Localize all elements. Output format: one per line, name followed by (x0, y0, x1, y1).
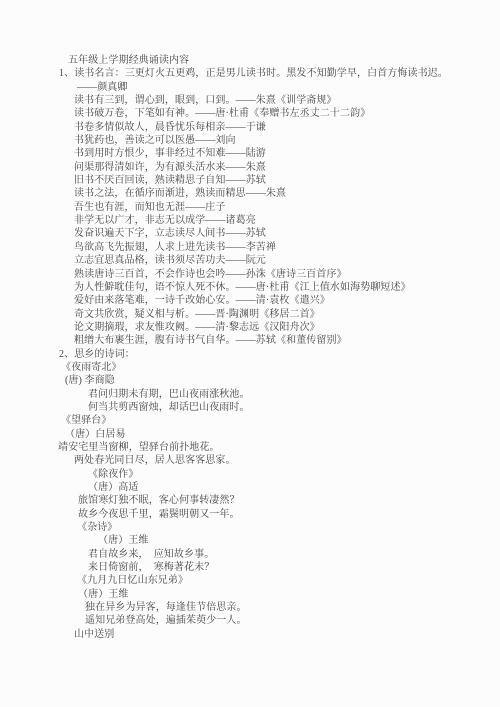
text-line: 旧书不厌百回读，熟读精思子自知——苏轼 (0, 174, 500, 187)
text-line: 来日倚窗前， 寒梅著花未？ (0, 561, 500, 574)
text-line: 山中送别 (0, 628, 500, 641)
text-line: ——颜真卿 (0, 81, 500, 94)
text-line: 书到用时方恨少，事非经过不知难——陆游 (0, 147, 500, 160)
text-line: 故乡今夜思千里，霜鬓明朝又一年。 (0, 508, 500, 521)
text-line: 2、思乡的诗词： (0, 348, 500, 361)
text-line: 两处春光同日尽，居人思客客思家。 (0, 454, 500, 467)
text-line: 《夜雨寄北》 (0, 361, 500, 374)
text-line: 《杂诗》 (0, 521, 500, 534)
text-line: 读书破万卷，下笔如有神。——唐·杜甫《奉赠书左丞丈二十二韵》 (0, 107, 500, 120)
text-line: 鸟欲高飞先振翅，人求上进先读书——李苦禅 (0, 241, 500, 254)
document-body: 五年级上学期经典诵读内容1、读书名言：三更灯火五更鸡，正是男儿读书时。黑发不知勤… (0, 54, 500, 641)
text-line: 遥知兄弟登高处，遍插茱萸少一人。 (0, 614, 500, 627)
text-line: 独在异乡为异客，每逢佳节倍思亲。 (0, 601, 500, 614)
text-line: 发奋识遍天下字，立志读尽人间书——苏轼 (0, 227, 500, 240)
text-line: 《九月九日忆山东兄弟》 (0, 574, 500, 587)
document-title: 五年级上学期经典诵读内容 (0, 54, 500, 67)
text-line: 非学无以广才，非志无以成学——诸葛亮 (0, 214, 500, 227)
text-line: 立志宜思真品格，读书须尽苦功夫——阮元 (0, 254, 500, 267)
text-line: （唐）王维 (0, 534, 500, 547)
text-line: 君问归期未有期，巴山夜雨涨秋池。 (0, 388, 500, 401)
text-line: 旅馆寒灯独不眠，客心何事转凄然？ (0, 494, 500, 507)
text-line: （唐）高适 (0, 481, 500, 494)
text-line: 读书有三到，谓心到，眼到，口到。——朱熹《训学斋规》 (0, 94, 500, 107)
text-line: （唐）王维 (0, 588, 500, 601)
text-line: 问渠那得清如许，为有源头活水来——朱熹 (0, 161, 500, 174)
text-line: 奇文共欣赏，疑义相与析。——晋·陶渊明《移居二首》 (0, 308, 500, 321)
text-line: 熟读唐诗三百首，不会作诗也会吟——孙洙《唐诗三百首序》 (0, 268, 500, 281)
text-line: 何当共剪西窗烛，却话巴山夜雨时。 (0, 401, 500, 414)
text-line: 爱好由来落笔难，一诗千改始心安。——清·袁枚《遣兴》 (0, 294, 500, 307)
text-line: 书卷多情似故人，晨昏忧乐每相亲——于谦 (0, 121, 500, 134)
text-line: 读书之法，在循序而渐进，熟读而精思——朱熹 (0, 187, 500, 200)
text-line: 1、读书名言：三更灯火五更鸡，正是男儿读书时。黑发不知勤学早，白首方悔读书迟。 (0, 67, 500, 80)
text-line: 为人性僻耽佳句，语不惊人死不休。——唐·杜甫《江上值水如海势聊短述》 (0, 281, 500, 294)
text-line: 君自故乡来， 应知故乡事。 (0, 548, 500, 561)
text-line: 靖安宅里当窗柳，望驿台前扑地花。 (0, 441, 500, 454)
text-line: 论文期摘瑕，求友惟攻阙。——清·黎志远《汉阳舟次》 (0, 321, 500, 334)
text-line: 书犹药也，善读之可以医愚——刘向 (0, 134, 500, 147)
text-line: 吾生也有涯，而知也无涯——庄子 (0, 201, 500, 214)
text-line: (唐) 李商隐 (0, 374, 500, 387)
text-line: 粗缯大布裹生涯，腹有诗书气自华。——苏轼《和董传留别》 (0, 334, 500, 347)
text-line: 《除夜作》 (0, 468, 500, 481)
text-line: 《望驿台》 (0, 414, 500, 427)
document-page: 五年级上学期经典诵读内容1、读书名言：三更灯火五更鸡，正是男儿读书时。黑发不知勤… (0, 0, 500, 707)
text-line: （唐）白居易 (0, 428, 500, 441)
